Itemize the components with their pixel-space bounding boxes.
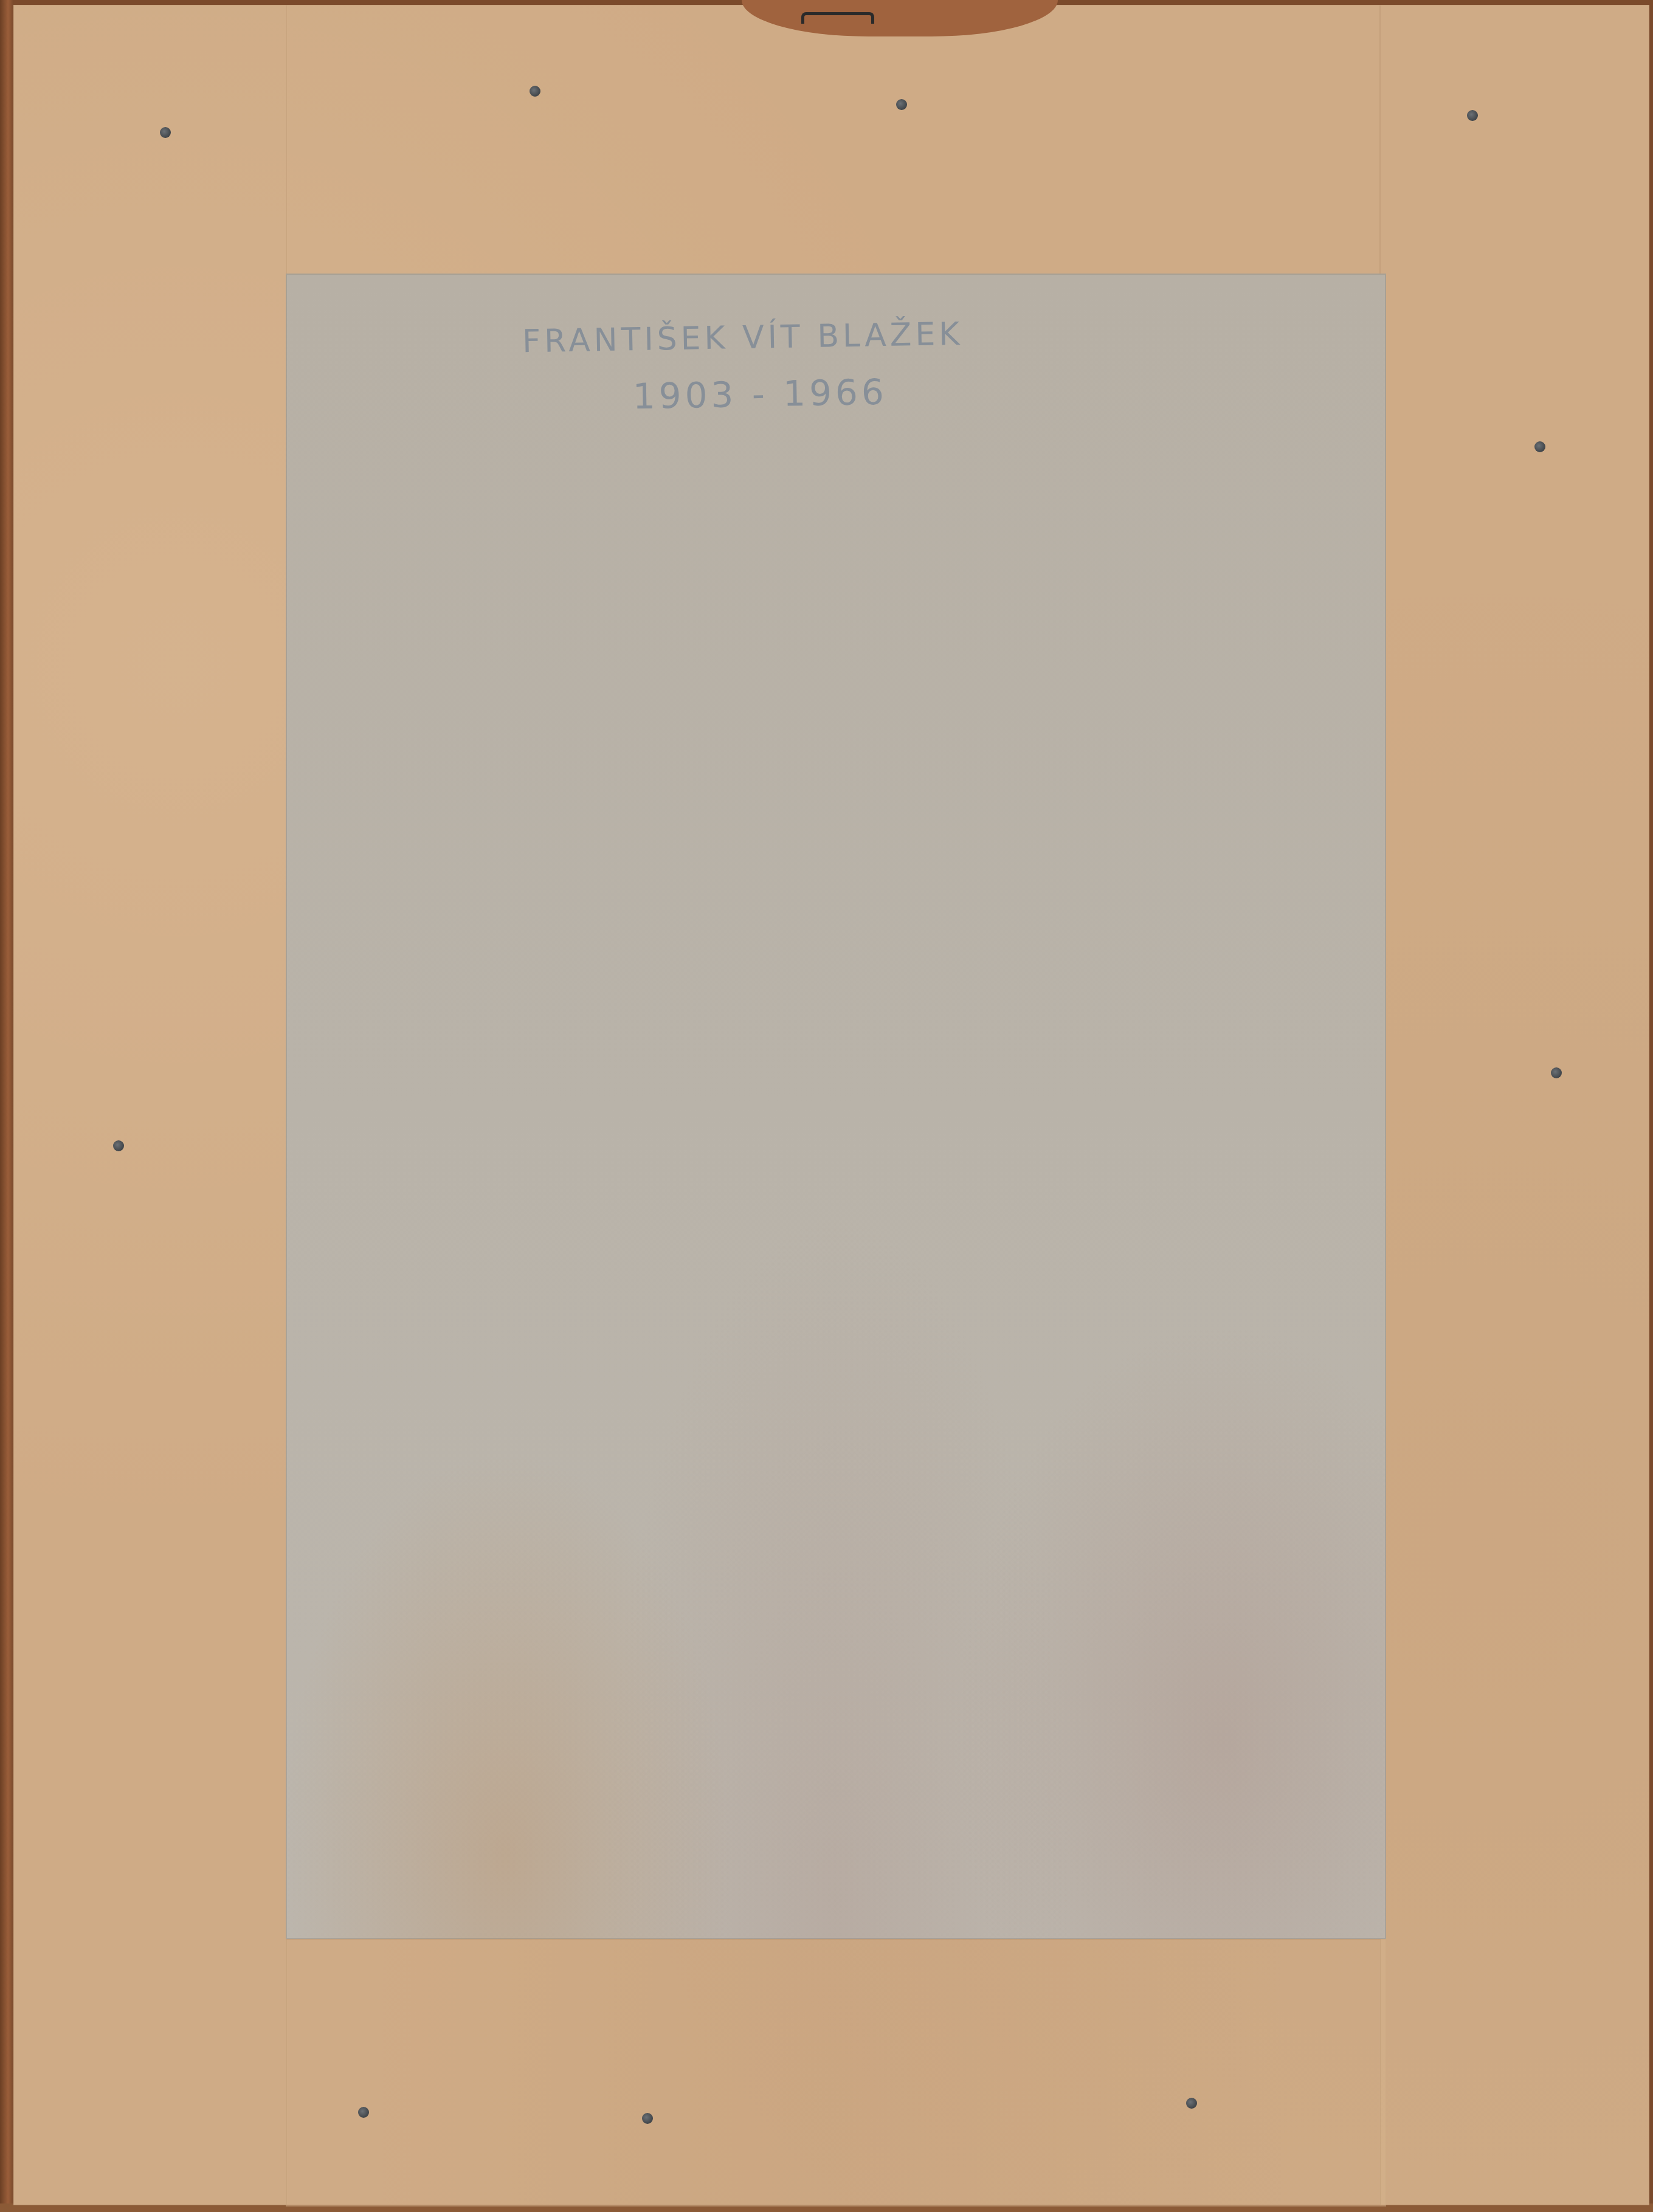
nail-icon [358, 2107, 369, 2118]
nail-icon [1534, 441, 1545, 452]
tape-strip-top [286, 5, 1380, 275]
nail-icon [1551, 1067, 1562, 1078]
pencil-inscription: FRANTIŠEK VÍT BLAŽEK 1903 - 1966 [522, 319, 965, 416]
nail-icon [1186, 2098, 1197, 2109]
nail-icon [530, 86, 540, 97]
artist-name: FRANTIŠEK VÍT BLAŽEK [522, 319, 964, 358]
tape-strip-bottom [286, 1939, 1386, 2207]
hanging-hook-icon [801, 12, 874, 24]
artist-dates: 1903 - 1966 [632, 373, 964, 415]
nail-icon [1467, 110, 1478, 121]
nail-icon [896, 99, 907, 110]
nail-icon [642, 2113, 653, 2124]
nail-icon [113, 1140, 124, 1151]
frame-edge-left [0, 0, 13, 2212]
tape-strip-left [13, 5, 287, 2205]
tape-strip-right [1380, 5, 1649, 2205]
nail-icon [160, 127, 171, 138]
board-panel [286, 274, 1386, 1939]
